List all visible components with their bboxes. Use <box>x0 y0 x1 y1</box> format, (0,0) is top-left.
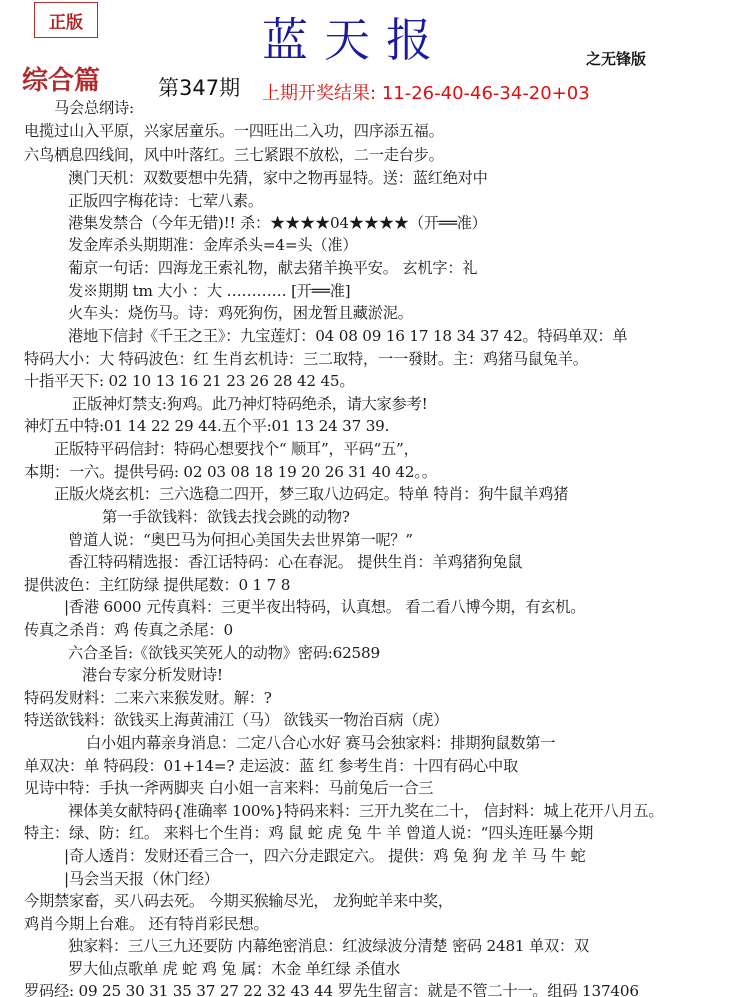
content-line: 香江特码精选报：香江话特码：心在春泥。 提供生肖：羊鸡猪狗兔鼠 <box>68 552 522 572</box>
content-line: 传真之杀肖：鸡 传真之杀尾：0 <box>24 620 233 640</box>
content-line: 特码发财料：二来六来猴发财。解：? <box>24 688 272 708</box>
page-title: 蓝天报 <box>262 4 448 70</box>
content-line: 裸体美女献特码{准确率 100%}特码来料：三开九奖在二十， 信封料：城上花开八… <box>68 801 663 821</box>
content-line: 罗码经: 09 25 30 31 35 37 27 22 32 43 44 罗先… <box>24 981 639 997</box>
content-line: |马会当天报（休门经） <box>64 869 219 889</box>
content-line: 今期禁家畜，买八码去死。 今期买猴输尽光， 龙狗蛇羊来中奖， <box>24 891 453 911</box>
content-line: 本期：一六。提供号码: 02 03 08 18 19 20 26 31 40 4… <box>24 462 437 482</box>
content-line: |香港 6000 元传真料：三更半夜出特码，认真想。 看二看八博今期，有玄机。 <box>64 597 585 617</box>
content-line: 十指平天下: 02 10 13 16 21 23 26 28 42 45。 <box>24 371 354 391</box>
content-line: 港台专家分析发财诗! <box>82 665 223 685</box>
content-line: 马会总纲诗: <box>54 98 134 118</box>
content-line: 港地下信封《千王之王》：九宝莲灯：04 08 09 16 17 18 34 37… <box>68 326 627 346</box>
content-line: 葡京一句话：四海龙王索礼物，献去猪羊换平安。 玄机字：礼 <box>68 258 477 278</box>
content-line: 发金库杀头期期准：金库杀头=4=头（准） <box>68 235 357 255</box>
content-line: 罗大仙点歌单 虎 蛇 鸡 兔 属：木金 单红绿 杀值水 <box>68 959 400 979</box>
content-line: 白小姐内幕亲身消息：二定八合心水好 赛马会独家料：排期狗鼠数第一 <box>86 733 555 753</box>
content-line: 正版四字梅花诗：七荤八素。 <box>68 191 263 211</box>
content-line: 正版特平码信封：特码心想要找个“ 顺耳”，平码“五”， <box>54 439 419 459</box>
content-line: 曾道人说：“奥巴马为何担心美国失去世界第一呢？” <box>68 530 413 550</box>
content-line: 神灯五中特:01 14 22 29 44.五个平:01 13 24 37 39. <box>24 416 389 436</box>
content-line: 提供波色：主红防绿 提供尾数：0 1 7 8 <box>24 575 290 595</box>
last-draw-numbers: 11-26-40-46-34-20+03 <box>382 83 590 104</box>
content-line: 单双决：单 特码段：01+14=? 走运波：蓝 红 参考生肖：十四有码心中取 <box>24 756 518 776</box>
content-line: 正版火烧玄机：三六选稳二四开，梦三取八边码定。特单 特肖：狗牛鼠羊鸡猪 <box>54 484 568 504</box>
content-line: 独家料：三八三九还要防 内幕绝密消息：红波绿波分清楚 密码 2481 单双：双 <box>68 936 589 956</box>
authentic-badge: 正版 <box>34 2 98 38</box>
last-draw-label: 上期开奖结果: <box>262 83 376 104</box>
content-line: |奇人透肖：发财还看三合一，四六分走跟定六。 提供：鸡 兔 狗 龙 羊 马 牛 … <box>64 846 586 866</box>
issue-number: 第347期 <box>158 72 240 102</box>
content-line: 发※期期 tm 大小 ：大 ………… [开══准] <box>68 281 350 301</box>
content-line: 电揽过山入平原，兴家居童乐。一四旺出二入功，四序添五福。 <box>24 121 444 141</box>
content-line: 鸡肖今期上台难。 还有特肖彩民想。 <box>24 914 268 934</box>
content-line: 特主：绿、防：红。 来料七个生肖：鸡 鼠 蛇 虎 兔 牛 羊 曾道人说：“四头连… <box>24 823 593 843</box>
content-line: 六合圣旨:《欲钱买笑死人的动物》密码:62589 <box>68 643 380 663</box>
content-line: 六鸟栖息四线间，风中叶落红。三七紧跟不放松，二一走台步。 <box>24 145 444 165</box>
content-line: 特送欲钱料：欲钱买上海黄浦江（马） 欲钱买一物治百病（虎） <box>24 710 448 730</box>
content-line: 特码大小：大 特码波色：红 生肖玄机诗：三二取特，一一發財。主：鸡猪马鼠兔羊。 <box>24 349 588 369</box>
content-line: 澳门天机：双数要想中先猜，家中之物再显特。送：蓝红绝对中 <box>68 168 488 188</box>
last-draw-result: 上期开奖结果: 11-26-40-46-34-20+03 <box>262 79 590 105</box>
content-line: 第一手欲钱料：欲钱去找会跳的动物? <box>102 507 350 527</box>
content-line: 港集发禁合（今年无错)!! 杀：★★★★04★★★★（开══准） <box>68 213 487 233</box>
edition-label: 之无锋版 <box>586 48 646 69</box>
content-line: 火车头：烧伤马。诗：鸡死狗伤，困龙暂且藏淤泥。 <box>68 303 413 323</box>
section-title: 综合篇 <box>22 60 100 97</box>
content-line: 正版神灯禁支:狗鸡。此乃神灯特码绝杀，请大家参考! <box>72 394 428 414</box>
content-line: 见诗中特：手执一斧两脚夹 白小姐一言来料：马前兔后一合三 <box>24 778 433 798</box>
